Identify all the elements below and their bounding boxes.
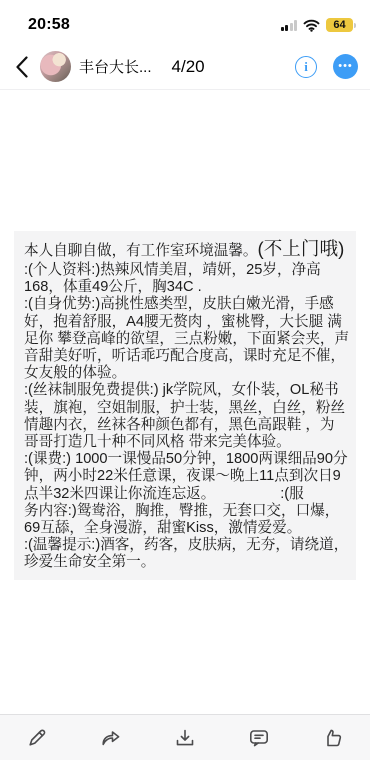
download-icon <box>173 726 197 750</box>
photo-counter: 4/20 <box>172 57 205 77</box>
like-button[interactable] <box>296 715 370 760</box>
back-button[interactable] <box>10 52 34 82</box>
more-button[interactable]: ••• <box>333 54 358 79</box>
pencil-icon <box>25 726 49 750</box>
cellular-signal-icon <box>281 20 298 31</box>
bottom-toolbar <box>0 714 370 760</box>
wifi-icon <box>303 19 320 32</box>
message-body: :(个人资料:)热辣风情美眉，靖妍，25岁，净高 168，体重49公斤，胸34C… <box>24 262 346 572</box>
status-icons: 64 <box>281 18 357 32</box>
status-bar: 20:58 64 <box>0 0 370 44</box>
status-time: 20:58 <box>28 16 70 34</box>
chat-title: 丰台大长... <box>79 56 152 77</box>
edit-button[interactable] <box>0 715 74 760</box>
forward-button[interactable] <box>74 715 148 760</box>
chevron-left-icon <box>16 56 28 78</box>
battery-cap <box>354 23 356 28</box>
info-icon: i <box>304 59 308 75</box>
thumbs-up-icon <box>321 726 345 750</box>
comment-icon <box>247 726 271 750</box>
nav-bar: 丰台大长... 4/20 i ••• <box>0 44 370 90</box>
message-intro: 本人自聊自做，有工作室环境温馨。 <box>24 243 258 259</box>
battery-percent: 64 <box>326 18 353 32</box>
download-button[interactable] <box>148 715 222 760</box>
info-button[interactable]: i <box>295 56 317 78</box>
ellipsis-icon: ••• <box>338 61 353 72</box>
message-intro-highlight: (不上门哦) <box>258 238 345 259</box>
share-forward-icon <box>99 726 123 750</box>
message-image[interactable]: 本人自聊自做，有工作室环境温馨。(不上门哦) :(个人资料:)热辣风情美眉，靖妍… <box>14 231 356 580</box>
battery-icon: 64 <box>326 18 356 32</box>
comment-button[interactable] <box>222 715 296 760</box>
photo-viewer-screen: 20:58 64 丰台大长... 4/20 <box>0 0 370 760</box>
message-intro-line: 本人自聊自做，有工作室环境温馨。(不上门哦) <box>24 238 346 262</box>
avatar[interactable] <box>40 51 71 82</box>
